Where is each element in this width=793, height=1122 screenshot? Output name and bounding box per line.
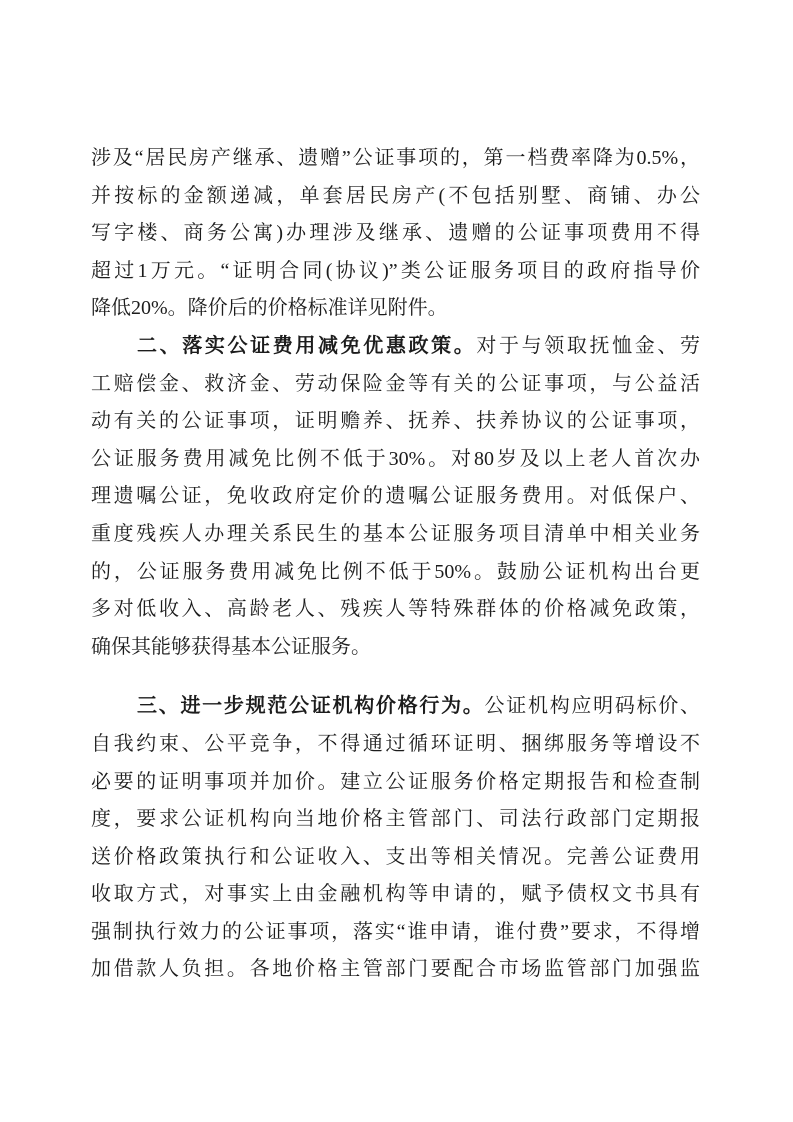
text-line: 确保其能够获得基本公证服务。 <box>91 629 700 667</box>
text-line: 自我约束、公平竞争，不得通过循环证明、捆绑服务等增设不 <box>91 726 700 764</box>
section-2-body-start: 对于与领取抚恤金、劳 <box>476 335 700 357</box>
text-line: 超过1万元。“证明合同(协议)”类公证服务项目的政府指导价 <box>91 253 700 291</box>
section-3-heading: 三、进一步规范公证机构价格行为。 <box>137 695 485 717</box>
text-line: 写字楼、商务公寓)办理涉及继承、遗赠的公证事项费用不得 <box>91 215 700 253</box>
paragraph-1: 涉及“居民房产继承、遗赠”公证事项的，第一档费率降为0.5%， 并按标的金额递减… <box>91 140 700 328</box>
text-line: 二、落实公证费用减免优惠政策。对于与领取抚恤金、劳 <box>91 328 700 366</box>
text-line: 送价格政策执行和公证收入、支出等相关情况。完善公证费用 <box>91 839 700 877</box>
text-line: 收取方式，对事实上由金融机构等申请的，赋予债权文书具有 <box>91 876 700 914</box>
document-page: 涉及“居民房产继承、遗赠”公证事项的，第一档费率降为0.5%， 并按标的金额递减… <box>0 0 793 1122</box>
text-line: 三、进一步规范公证机构价格行为。公证机构应明码标价、 <box>91 688 700 726</box>
text-line: 的，公证服务费用减免比例不低于50%。鼓励公证机构出台更 <box>91 554 700 592</box>
text-line: 工赔偿金、救济金、劳动保险金等有关的公证事项，与公益活 <box>91 366 700 404</box>
text-line: 强制执行效力的公证事项，落实“谁申请，谁付费”要求，不得增 <box>91 914 700 952</box>
text-line: 公证服务费用减免比例不低于30%。对80岁及以上老人首次办 <box>91 441 700 479</box>
text-line: 涉及“居民房产继承、遗赠”公证事项的，第一档费率降为0.5%， <box>91 140 700 178</box>
text-line: 动有关的公证事项，证明赡养、抚养、扶养协议的公证事项， <box>91 403 700 441</box>
text-line: 并按标的金额递减，单套居民房产(不包括别墅、商铺、办公 <box>91 178 700 216</box>
paragraph-3: 三、进一步规范公证机构价格行为。公证机构应明码标价、 自我约束、公平竞争，不得通… <box>91 688 700 989</box>
text-line: 降低20%。降价后的价格标准详见附件。 <box>91 290 700 328</box>
text-line: 加借款人负担。各地价格主管部门要配合市场监管部门加强监 <box>91 951 700 989</box>
text-line: 度，要求公证机构向当地价格主管部门、司法行政部门定期报 <box>91 801 700 839</box>
text-line: 多对低收入、高龄老人、残疾人等特殊群体的价格减免政策， <box>91 591 700 629</box>
text-line: 重度残疾人办理关系民生的基本公证服务项目清单中相关业务 <box>91 516 700 554</box>
section-2-heading: 二、落实公证费用减免优惠政策。 <box>137 335 476 357</box>
text-line: 理遗嘱公证，免收政府定价的遗嘱公证服务费用。对低保户、 <box>91 478 700 516</box>
paragraph-2: 二、落实公证费用减免优惠政策。对于与领取抚恤金、劳 工赔偿金、救济金、劳动保险金… <box>91 328 700 666</box>
document-body: 涉及“居民房产继承、遗赠”公证事项的，第一档费率降为0.5%， 并按标的金额递减… <box>91 140 700 989</box>
text-line: 必要的证明事项并加价。建立公证服务价格定期报告和检查制 <box>91 764 700 802</box>
section-3-body-start: 公证机构应明码标价、 <box>485 695 700 717</box>
